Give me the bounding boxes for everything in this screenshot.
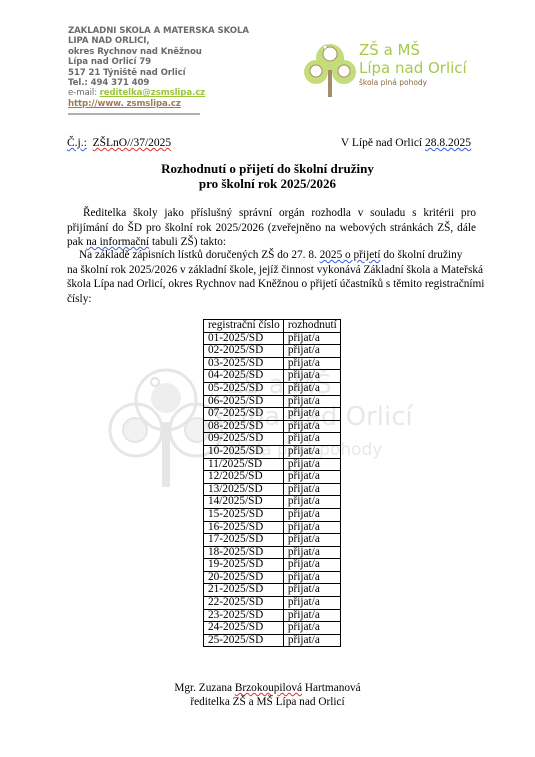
tree-logo-icon bbox=[302, 40, 358, 98]
document-subtitle: pro školní rok 2025/2026 bbox=[0, 176, 535, 191]
decision-cell: přijat/a bbox=[283, 496, 340, 509]
date: 28.8.2025 bbox=[425, 137, 471, 149]
registration-number-cell: 16-2025/SD bbox=[204, 521, 284, 534]
letterhead-line: okres Rychnov nad Kněžnou bbox=[68, 47, 249, 57]
signature-text: Hartmanová bbox=[302, 682, 361, 694]
registration-number-cell: 01-2025/SD bbox=[204, 332, 284, 345]
registration-number-cell: 12/2025/SD bbox=[204, 471, 284, 484]
signature-marked-text: Brzokoupilová bbox=[235, 682, 302, 694]
letterhead-line: LIPA NAD ORLICI, bbox=[68, 36, 249, 46]
registration-number-cell: 24-2025/SD bbox=[204, 622, 284, 635]
place: V Lípě nad Orlicí bbox=[341, 137, 425, 149]
registration-number-cell: 04-2025/SD bbox=[204, 370, 284, 383]
signatory-name: Mgr. Zuzana Brzokoupilová Hartmanová bbox=[0, 681, 535, 695]
paragraph-line: čísly: bbox=[67, 292, 487, 307]
table-row: 16-2025/SDpřijat/a bbox=[204, 521, 341, 534]
registration-number-cell: 19-2025/SD bbox=[204, 559, 284, 572]
paragraph-line: škola Lípa nad Orlicí, okres Rychnov nad… bbox=[67, 277, 487, 292]
table-row: 18-2025/SDpřijat/a bbox=[204, 546, 341, 559]
table-row: 15-2025/SDpřijat/a bbox=[204, 508, 341, 521]
email-link[interactable]: reditelka@zsmslipa.cz bbox=[100, 88, 205, 98]
table-row: 20-2025/SDpřijat/a bbox=[204, 571, 341, 584]
registration-number-cell: 03-2025/SD bbox=[204, 357, 284, 370]
decision-cell: přijat/a bbox=[283, 408, 340, 421]
reference-number: Č.j.: ZŠLnO//37/2025 bbox=[67, 137, 171, 149]
registration-number-cell: 23-2025/SD bbox=[204, 609, 284, 622]
paragraph-text: Na základě zápisních lístků doručených Z… bbox=[79, 249, 320, 261]
decision-cell: přijat/a bbox=[283, 521, 340, 534]
registration-number-cell: 21-2025/SD bbox=[204, 584, 284, 597]
basis-paragraph: Na základě zápisních lístků doručených Z… bbox=[67, 248, 487, 306]
letterhead-line: Lípa nad Orlicí 79 bbox=[68, 57, 249, 67]
document-title: Rozhodnutí o přijetí do školní družiny bbox=[0, 161, 535, 176]
table-row: 14/2025/SDpřijat/a bbox=[204, 496, 341, 509]
header-decision: rozhodnutí bbox=[283, 320, 340, 333]
letterhead-line: 517 21 Týniště nad Orlicí bbox=[68, 68, 249, 78]
email-row: e-mail: reditelka@zsmslipa.cz bbox=[68, 88, 249, 98]
table-row: 22-2025/SDpřijat/a bbox=[204, 597, 341, 610]
registration-number-cell: 22-2025/SD bbox=[204, 597, 284, 610]
table-row: 19-2025/SDpřijat/a bbox=[204, 559, 341, 572]
registration-number-cell: 06-2025/SD bbox=[204, 395, 284, 408]
header-registration-number: registrační číslo bbox=[204, 320, 284, 333]
school-logo: ZŠ a MŠ Lípa nad Orlicí škola plná pohod… bbox=[302, 40, 482, 100]
website-link[interactable]: http://www. zsmslipa.cz bbox=[68, 99, 181, 109]
decision-cell: přijat/a bbox=[283, 597, 340, 610]
table-row: 02-2025/SDpřijat/a bbox=[204, 345, 341, 358]
table-row: 25-2025/SDpřijat/a bbox=[204, 634, 341, 647]
decision-cell: přijat/a bbox=[283, 559, 340, 572]
table-row: 10-2025/SDpřijat/a bbox=[204, 445, 341, 458]
decision-cell: přijat/a bbox=[283, 332, 340, 345]
school-letterhead: ZAKLADNI SKOLA A MATERSKA SKOLA LIPA NAD… bbox=[68, 26, 249, 109]
decision-cell: přijat/a bbox=[283, 483, 340, 496]
paragraph-marked-text: 2025 o přijetí bbox=[320, 249, 381, 261]
table-row: 12/2025/SDpřijat/a bbox=[204, 471, 341, 484]
decision-cell: přijat/a bbox=[283, 609, 340, 622]
table-row: 09-2025/SDpřijat/a bbox=[204, 433, 341, 446]
decision-cell: přijat/a bbox=[283, 445, 340, 458]
table-row: 24-2025/SDpřijat/a bbox=[204, 622, 341, 635]
table-row: 04-2025/SDpřijat/a bbox=[204, 370, 341, 383]
paragraph-line: Na základě zápisních lístků doručených Z… bbox=[67, 248, 487, 263]
registration-number-cell: 14/2025/SD bbox=[204, 496, 284, 509]
logo-subtitle: Lípa nad Orlicí bbox=[359, 59, 467, 77]
signatory-role: ředitelka ZŠ a MŠ Lípa nad Orlicí bbox=[0, 695, 535, 709]
decision-cell: přijat/a bbox=[283, 584, 340, 597]
decision-cell: přijat/a bbox=[283, 508, 340, 521]
registration-table: registrační číslo rozhodnutí 01-2025/SDp… bbox=[203, 319, 341, 647]
decision-cell: přijat/a bbox=[283, 420, 340, 433]
cj-label: Č.j.: bbox=[67, 137, 87, 149]
paragraph-text: do školní družiny bbox=[381, 249, 463, 261]
decision-cell: přijat/a bbox=[283, 471, 340, 484]
table-row: 23-2025/SDpřijat/a bbox=[204, 609, 341, 622]
decision-cell: přijat/a bbox=[283, 395, 340, 408]
registration-number-cell: 20-2025/SD bbox=[204, 571, 284, 584]
registration-number-cell: 02-2025/SD bbox=[204, 345, 284, 358]
table-row: 13/2025/SDpřijat/a bbox=[204, 483, 341, 496]
registration-number-cell: 17-2025/SD bbox=[204, 534, 284, 547]
registration-number-cell: 15-2025/SD bbox=[204, 508, 284, 521]
table-row: 06-2025/SDpřijat/a bbox=[204, 395, 341, 408]
registration-number-cell: 25-2025/SD bbox=[204, 634, 284, 647]
registration-number-cell: 18-2025/SD bbox=[204, 546, 284, 559]
decision-paragraph: Ředitelka školy jako příslušný správní o… bbox=[67, 206, 476, 250]
decision-cell: přijat/a bbox=[283, 433, 340, 446]
registration-number-cell: 13/2025/SD bbox=[204, 483, 284, 496]
table-header-row: registrační číslo rozhodnutí bbox=[204, 320, 341, 333]
decision-cell: přijat/a bbox=[283, 345, 340, 358]
decision-cell: přijat/a bbox=[283, 546, 340, 559]
registration-number-cell: 11/2025/SD bbox=[204, 458, 284, 471]
registration-number-cell: 07-2025/SD bbox=[204, 408, 284, 421]
paragraph-text: tabuli ZŠ) takto: bbox=[149, 236, 226, 248]
signature-text: Mgr. Zuzana bbox=[174, 682, 235, 694]
table-row: 17-2025/SDpřijat/a bbox=[204, 534, 341, 547]
decision-cell: přijat/a bbox=[283, 382, 340, 395]
table-row: 03-2025/SDpřijat/a bbox=[204, 357, 341, 370]
table-row: 05-2025/SDpřijat/a bbox=[204, 382, 341, 395]
email-label: e-mail: bbox=[68, 88, 100, 98]
registration-number-cell: 09-2025/SD bbox=[204, 433, 284, 446]
decision-cell: přijat/a bbox=[283, 534, 340, 547]
letterhead-line: ZAKLADNI SKOLA A MATERSKA SKOLA bbox=[68, 26, 249, 36]
decision-cell: přijat/a bbox=[283, 571, 340, 584]
decision-cell: přijat/a bbox=[283, 458, 340, 471]
logo-title: ZŠ a MŠ bbox=[359, 42, 467, 59]
decision-cell: přijat/a bbox=[283, 622, 340, 635]
place-date: V Lípě nad Orlicí 28.8.2025 bbox=[341, 137, 471, 149]
registration-number-cell: 05-2025/SD bbox=[204, 382, 284, 395]
table-row: 08-2025/SDpřijat/a bbox=[204, 420, 341, 433]
letterhead-divider bbox=[68, 113, 200, 115]
table-row: 01-2025/SDpřijat/a bbox=[204, 332, 341, 345]
logo-tagline: škola plná pohody bbox=[359, 77, 467, 89]
table-row: 07-2025/SDpřijat/a bbox=[204, 408, 341, 421]
decision-cell: přijat/a bbox=[283, 357, 340, 370]
registration-number-cell: 08-2025/SD bbox=[204, 420, 284, 433]
decision-cell: přijat/a bbox=[283, 634, 340, 647]
letterhead-line: Tel.: 494 371 409 bbox=[68, 78, 249, 88]
table-row: 21-2025/SDpřijat/a bbox=[204, 584, 341, 597]
decision-cell: přijat/a bbox=[283, 370, 340, 383]
paragraph-line: na školní rok 2025/2026 v základní škole… bbox=[67, 263, 487, 278]
cj-value: ZŠLnO//37/2025 bbox=[93, 137, 172, 149]
paragraph-marked-text: na informační bbox=[86, 236, 149, 248]
registration-number-cell: 10-2025/SD bbox=[204, 445, 284, 458]
table-row: 11/2025/SDpřijat/a bbox=[204, 458, 341, 471]
